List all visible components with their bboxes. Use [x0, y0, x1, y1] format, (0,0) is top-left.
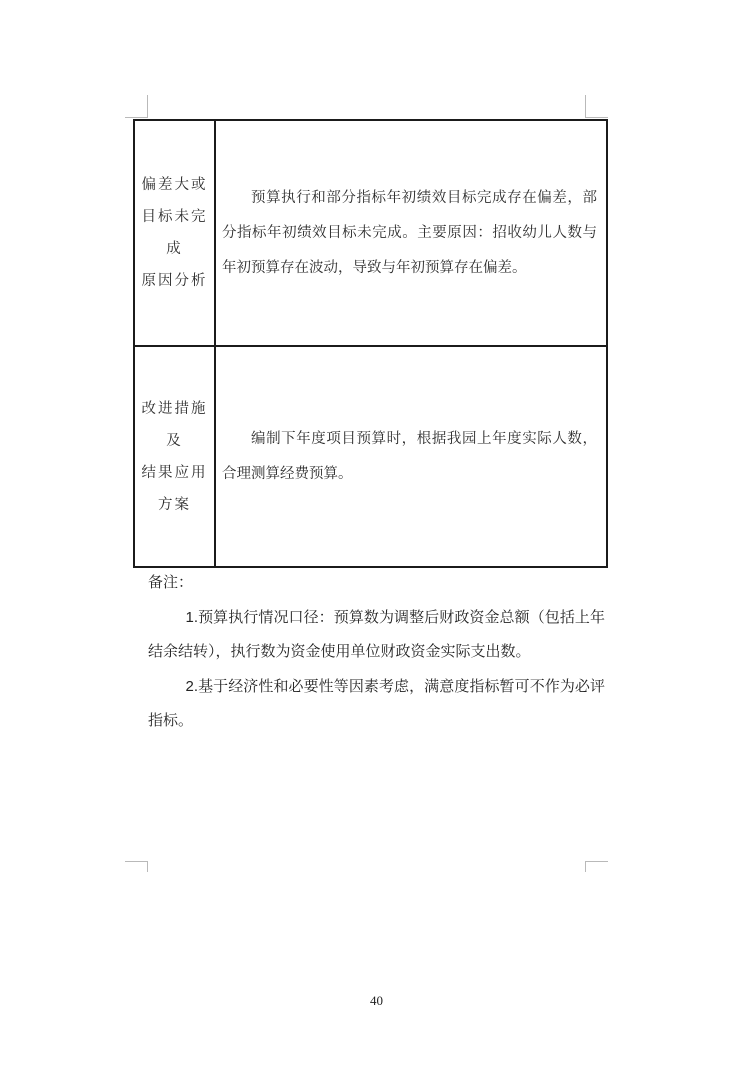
improvement-measures-text: 编制下年度项目预算时，根据我园上年度实际人数，合理测算经费预算。: [222, 422, 597, 492]
note-item-2: 2.基于经济性和必要性等因素考虑，满意度指标暂可不作为必评指标。: [148, 670, 605, 739]
row-header-line: 及: [166, 425, 183, 457]
table-row-improvement-measures: 改进措施 及 结果应用 方案 编制下年度项目预算时，根据我园上年度实际人数，合理…: [135, 347, 606, 566]
note-item-1: 1.预算执行情况口径：预算数为调整后财政资金总额（包括上年结余结转），执行数为资…: [148, 601, 605, 670]
cell-deviation-analysis-content: 预算执行和部分指标年初绩效目标完成存在偏差，部分指标年初绩效目标未完成。主要原因…: [216, 121, 606, 345]
performance-table: 偏差大或 目标未完 成 原因分析 预算执行和部分指标年初绩效目标完成存在偏差，部…: [133, 119, 608, 568]
row-header-deviation-analysis: 偏差大或 目标未完 成 原因分析: [135, 121, 216, 345]
text-boundary-mark-top-left: [125, 95, 148, 118]
text-boundary-mark-bottom-right: [585, 861, 608, 872]
row-header-line: 原因分析: [142, 265, 208, 297]
page-number: 40: [0, 993, 753, 1009]
cell-improvement-measures-content: 编制下年度项目预算时，根据我园上年度实际人数，合理测算经费预算。: [216, 347, 606, 566]
deviation-analysis-text: 预算执行和部分指标年初绩效目标完成存在偏差，部分指标年初绩效目标未完成。主要原因…: [222, 181, 597, 286]
table-row-deviation-analysis: 偏差大或 目标未完 成 原因分析 预算执行和部分指标年初绩效目标完成存在偏差，部…: [135, 121, 606, 347]
row-header-line: 改进措施: [142, 393, 208, 425]
text-boundary-mark-bottom-left: [125, 861, 148, 872]
row-header-improvement-measures: 改进措施 及 结果应用 方案: [135, 347, 216, 566]
row-header-line: 目标未完: [142, 201, 208, 233]
text-boundary-mark-top-right: [585, 95, 608, 118]
notes-heading: 备注：: [148, 566, 605, 601]
row-header-line: 成: [166, 233, 183, 265]
notes-section: 备注： 1.预算执行情况口径：预算数为调整后财政资金总额（包括上年结余结转），执…: [148, 566, 605, 739]
row-header-line: 方案: [158, 489, 191, 521]
row-header-line: 偏差大或: [142, 169, 208, 201]
row-header-line: 结果应用: [142, 457, 208, 489]
document-page: 偏差大或 目标未完 成 原因分析 预算执行和部分指标年初绩效目标完成存在偏差，部…: [0, 0, 753, 1076]
